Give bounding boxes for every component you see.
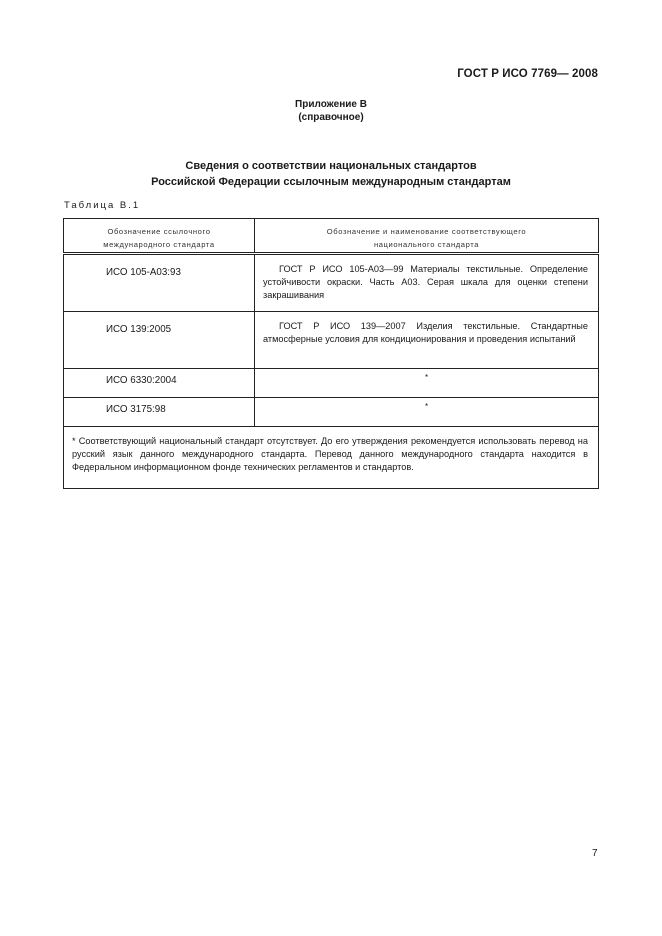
document-header-id: ГОСТ Р ИСО 7769— 2008: [457, 68, 598, 80]
annex-title: Приложение В: [0, 98, 662, 111]
header-text: национального стандарта: [255, 238, 598, 251]
annex-subtitle: (справочное): [0, 111, 662, 124]
header-text: международного стандарта: [64, 238, 254, 251]
header-text: Обозначение ссылочного: [64, 225, 254, 238]
intl-standard-cell: ИСО 6330:2004: [64, 369, 255, 398]
table-row: ИСО 6330:2004 *: [64, 369, 599, 398]
annex-heading: Приложение В (справочное): [0, 98, 662, 124]
section-title-line1: Сведения о соответствии национальных ста…: [0, 158, 662, 174]
national-standard-cell: *: [255, 398, 599, 427]
intl-standard-cell: ИСО 3175:98: [64, 398, 255, 427]
table-caption: Таблица В.1: [64, 200, 140, 211]
national-standard-text: ГОСТ Р ИСО 105-А03—99 Материалы текстиль…: [263, 264, 588, 300]
national-standard-text: ГОСТ Р ИСО 139—2007 Изделия текстильные.…: [263, 321, 588, 344]
page-number: 7: [592, 848, 598, 859]
intl-standard-cell: ИСО 105-А03:93: [64, 254, 255, 312]
table-row: ИСО 3175:98 *: [64, 398, 599, 427]
table-header-row: Обозначение ссылочного международного ст…: [64, 219, 599, 254]
section-title: Сведения о соответствии национальных ста…: [0, 158, 662, 190]
national-standard-cell: ГОСТ Р ИСО 105-А03—99 Материалы текстиль…: [255, 254, 599, 312]
national-standard-cell: *: [255, 369, 599, 398]
table-row: ИСО 105-А03:93 ГОСТ Р ИСО 105-А03—99 Мат…: [64, 254, 599, 312]
section-title-line2: Российской Федерации ссылочным междунаро…: [0, 174, 662, 190]
standards-correspondence-table: Обозначение ссылочного международного ст…: [63, 218, 599, 489]
header-text: Обозначение и наименование соответствующ…: [255, 225, 598, 238]
table-footnote-row: * Соответствующий национальный стандарт …: [64, 427, 599, 489]
national-standard-cell: ГОСТ Р ИСО 139—2007 Изделия текстильные.…: [255, 312, 599, 369]
column-header-international: Обозначение ссылочного международного ст…: [64, 219, 255, 254]
column-header-national: Обозначение и наименование соответствующ…: [255, 219, 599, 254]
intl-standard-cell: ИСО 139:2005: [64, 312, 255, 369]
table-footnote: * Соответствующий национальный стандарт …: [64, 427, 599, 489]
table-row: ИСО 139:2005 ГОСТ Р ИСО 139—2007 Изделия…: [64, 312, 599, 369]
footnote-text: * Соответствующий национальный стандарт …: [72, 436, 588, 472]
